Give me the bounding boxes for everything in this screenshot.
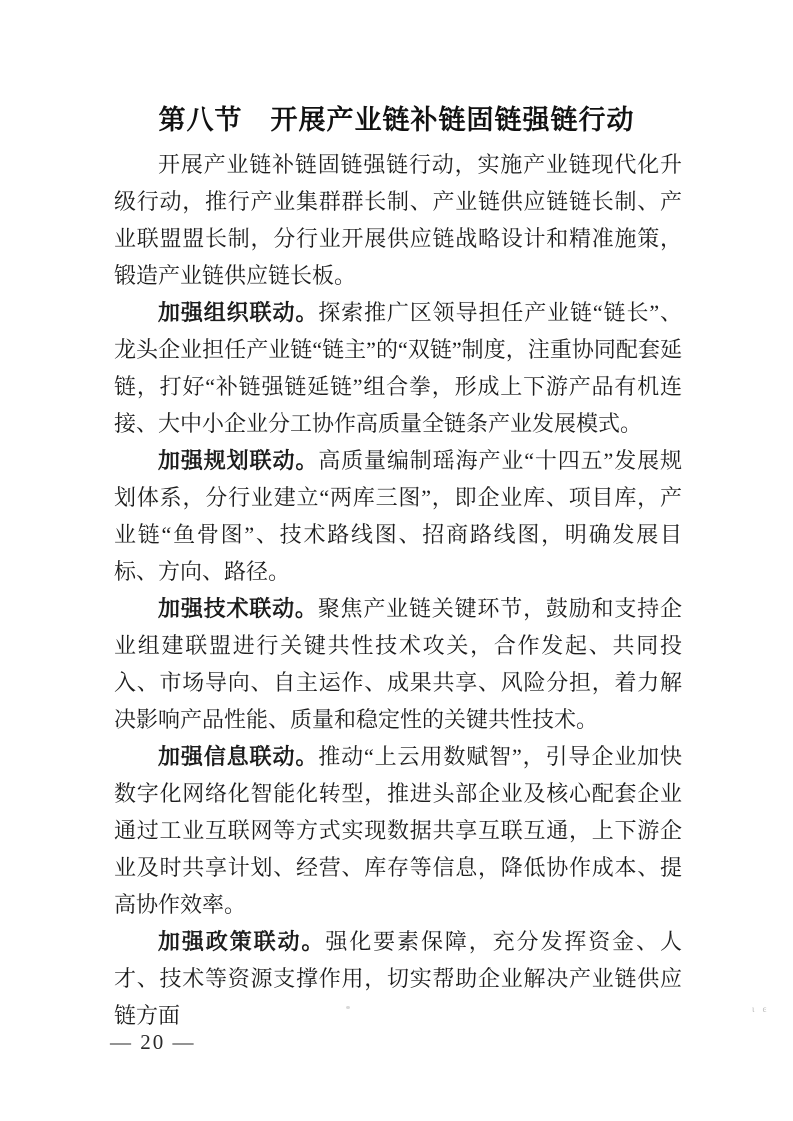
paragraph-text: 推动“上云用数赋智”，引导企业加快数字化网络化智能化转型，推进头部企业及核心配套… [114, 744, 682, 917]
page-number: — 20 — [110, 1030, 196, 1055]
paragraph-lead: 加强信息联动。 [158, 744, 318, 769]
paragraph-lead: 加强技术联动。 [158, 596, 318, 621]
scan-artifact: ι ͼ [752, 1004, 770, 1014]
paragraph-lead: 加强政策联动。 [158, 929, 325, 954]
paragraph-lead: 加强组织联动。 [158, 300, 318, 325]
paragraph: 加强组织联动。探索推广区领导担任产业链“链长”、龙头企业担任产业链“链主”的“双… [114, 294, 682, 442]
paragraph: 加强政策联动。强化要素保障，充分发挥资金、人才、技术等资源支撑作用，切实帮助企业… [114, 923, 682, 1034]
section-title: 第八节 开展产业链补链固链强链行动 [0, 98, 793, 137]
paragraph-text: 开展产业链补链固链强链行动，实施产业链现代化升级行动，推行产业集群群长制、产业链… [114, 152, 682, 288]
paragraph-lead: 加强规划联动。 [158, 448, 318, 473]
paragraph: 加强信息联动。推动“上云用数赋智”，引导企业加快数字化网络化智能化转型，推进头部… [114, 738, 682, 923]
document-body: 开展产业链补链固链强链行动，实施产业链现代化升级行动，推行产业集群群长制、产业链… [114, 146, 682, 1034]
paragraph: 加强技术联动。聚焦产业链关键环节，鼓励和支持企业组建联盟进行关键共性技术攻关，合… [114, 590, 682, 738]
paragraph: 开展产业链补链固链强链行动，实施产业链现代化升级行动，推行产业集群群长制、产业链… [114, 146, 682, 294]
scanned-document-page: 第八节 开展产业链补链固链强链行动 开展产业链补链固链强链行动，实施产业链现代化… [0, 0, 793, 1121]
paragraph: 加强规划联动。高质量编制瑶海产业“十四五”发展规划体系，分行业建立“两库三图”，… [114, 442, 682, 590]
